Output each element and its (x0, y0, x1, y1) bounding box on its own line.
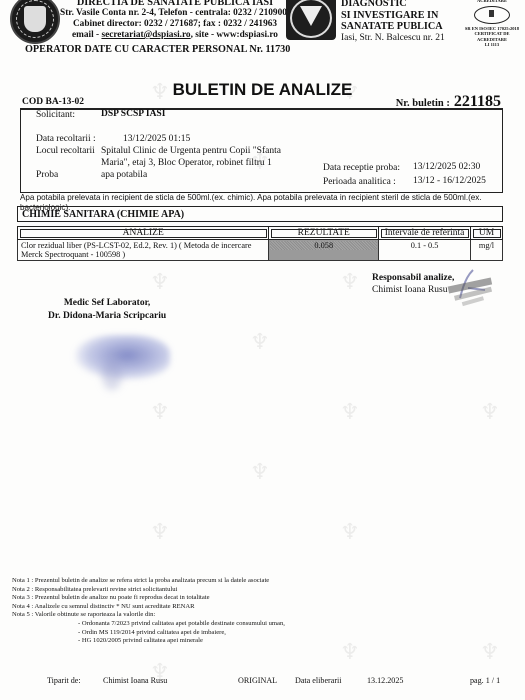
note-item: Nota 2 : Responsabilitatea prelevarii re… (12, 586, 285, 595)
column-header-um: UM (471, 227, 503, 240)
column-header-interval: Intervale de referinta (379, 227, 471, 240)
operator-line: OPERATOR DATE CU CARACTER PERSONAL Nr. 1… (25, 44, 290, 55)
result-value: 0.058 (270, 241, 377, 250)
analysis-name: Clor rezidual liber (PS-LCST-02, Ed.2, R… (18, 240, 269, 261)
column-header-rezultate: REZULTATE (269, 227, 379, 240)
printed-by-label: Tiparit de: (47, 676, 81, 685)
page-number: pag. 1 / 1 (470, 676, 500, 685)
document-code: COD BA-13-02 (22, 97, 84, 107)
solicitant-label: Solicitant: (36, 110, 75, 120)
notes-block: Nota 1 : Prezentul buletin de analize se… (12, 577, 285, 646)
collection-place-value-2: Maria", etaj 3, Bloc Operator, robinet f… (101, 158, 272, 168)
institution-cabinet: Cabinet director: 0232 / 271687; fax : 0… (60, 19, 290, 30)
release-date-label: Data eliberarii (295, 676, 342, 685)
medic-title: Medic Sef Laborator, (48, 297, 166, 310)
note-item: Nota 3 : Prezentul buletin de analize nu… (12, 594, 285, 603)
results-table: ANALIZE REZULTATE Intervale de referinta… (17, 226, 503, 261)
analyst-stamp-icon (440, 268, 500, 314)
analysis-period-value: 13/12 - 16/12/2025 (413, 176, 486, 186)
column-header-analize: ANALIZE (18, 227, 269, 240)
reception-date-label: Data receptie proba: (323, 163, 400, 173)
section-title: CHIMIE SANITARA (CHIMIE APA) (17, 206, 503, 222)
sample-label: Proba (36, 170, 58, 180)
public-health-lab-logo-icon (286, 0, 336, 40)
table-header-row: ANALIZE REZULTATE Intervale de referinta… (18, 227, 503, 240)
solicitant-value: DSP SCSP IASI (101, 109, 165, 119)
result-value-cell: 0.058 (269, 240, 379, 261)
medic-name: Dr. Didona-Maria Scripcariu (48, 310, 166, 323)
printed-by-value: Chimist Ioana Rusu (103, 676, 167, 685)
note-item: Nota 5 : Valorile obtinute se raporteaza… (12, 611, 285, 620)
collection-place-value-1: Spitalul Clinic de Urgenta pentru Copii … (101, 146, 281, 156)
collection-date-label: Data recoltarii : (36, 134, 96, 144)
reception-date-value: 13/12/2025 02:30 (413, 162, 480, 172)
regulation-item: - HG 1020/2005 privind calitatea apei mi… (12, 637, 285, 646)
sample-value: apa potabila (101, 170, 147, 180)
institution-header: DIRECTIA DE SANATATE PUBLICA IASI Str. V… (60, 0, 290, 41)
table-row: Clor rezidual liber (PS-LCST-02, Ed.2, R… (18, 240, 503, 261)
email-link[interactable]: secretariat@dspiasi.ro (101, 30, 190, 40)
institution-name: DIRECTIA DE SANATATE PUBLICA IASI (60, 0, 290, 8)
medic-stamp-icon (75, 335, 170, 380)
analysis-period-label: Perioada analitica : (323, 177, 396, 187)
unit: mg/l (471, 240, 503, 261)
collection-place-label: Locul recoltarii (36, 146, 95, 156)
reference-interval: 0.1 - 0.5 (379, 240, 471, 261)
original-mark: ORIGINAL (238, 676, 277, 685)
regulation-item: - Ordonanta 7/2023 privind calitatea ape… (12, 620, 285, 629)
institution-contact: email - secretariat@dspiasi.ro, site - w… (60, 30, 290, 41)
sample-info-box: Solicitant: DSP SCSP IASI Data recoltari… (20, 109, 503, 193)
note-item: Nota 1 : Prezentul buletin de analize se… (12, 577, 285, 586)
medic-stamp-tail (102, 360, 122, 390)
regulation-item: - Ordin MS 119/2014 privind calitatea ap… (12, 629, 285, 638)
romania-coat-of-arms-icon (10, 0, 60, 44)
lab-header: DIAGNOSTIC SI INVESTIGARE IN SANATATE PU… (341, 0, 445, 44)
accreditation-badge: ACREDITARE SR EN ISO/IEC 17025:2018 CERT… (462, 0, 522, 48)
medic-signature-block: Medic Sef Laborator, Dr. Didona-Maria Sc… (48, 297, 166, 323)
release-date-value: 13.12.2025 (367, 676, 403, 685)
renar-logo-icon (474, 6, 510, 24)
note-item: Nota 4 : Analizele cu semnul distinctiv … (12, 603, 285, 612)
institution-address: Str. Vasile Conta nr. 2-4, Telefon - cen… (60, 8, 290, 19)
collection-date-value: 13/12/2025 01:15 (123, 134, 190, 144)
